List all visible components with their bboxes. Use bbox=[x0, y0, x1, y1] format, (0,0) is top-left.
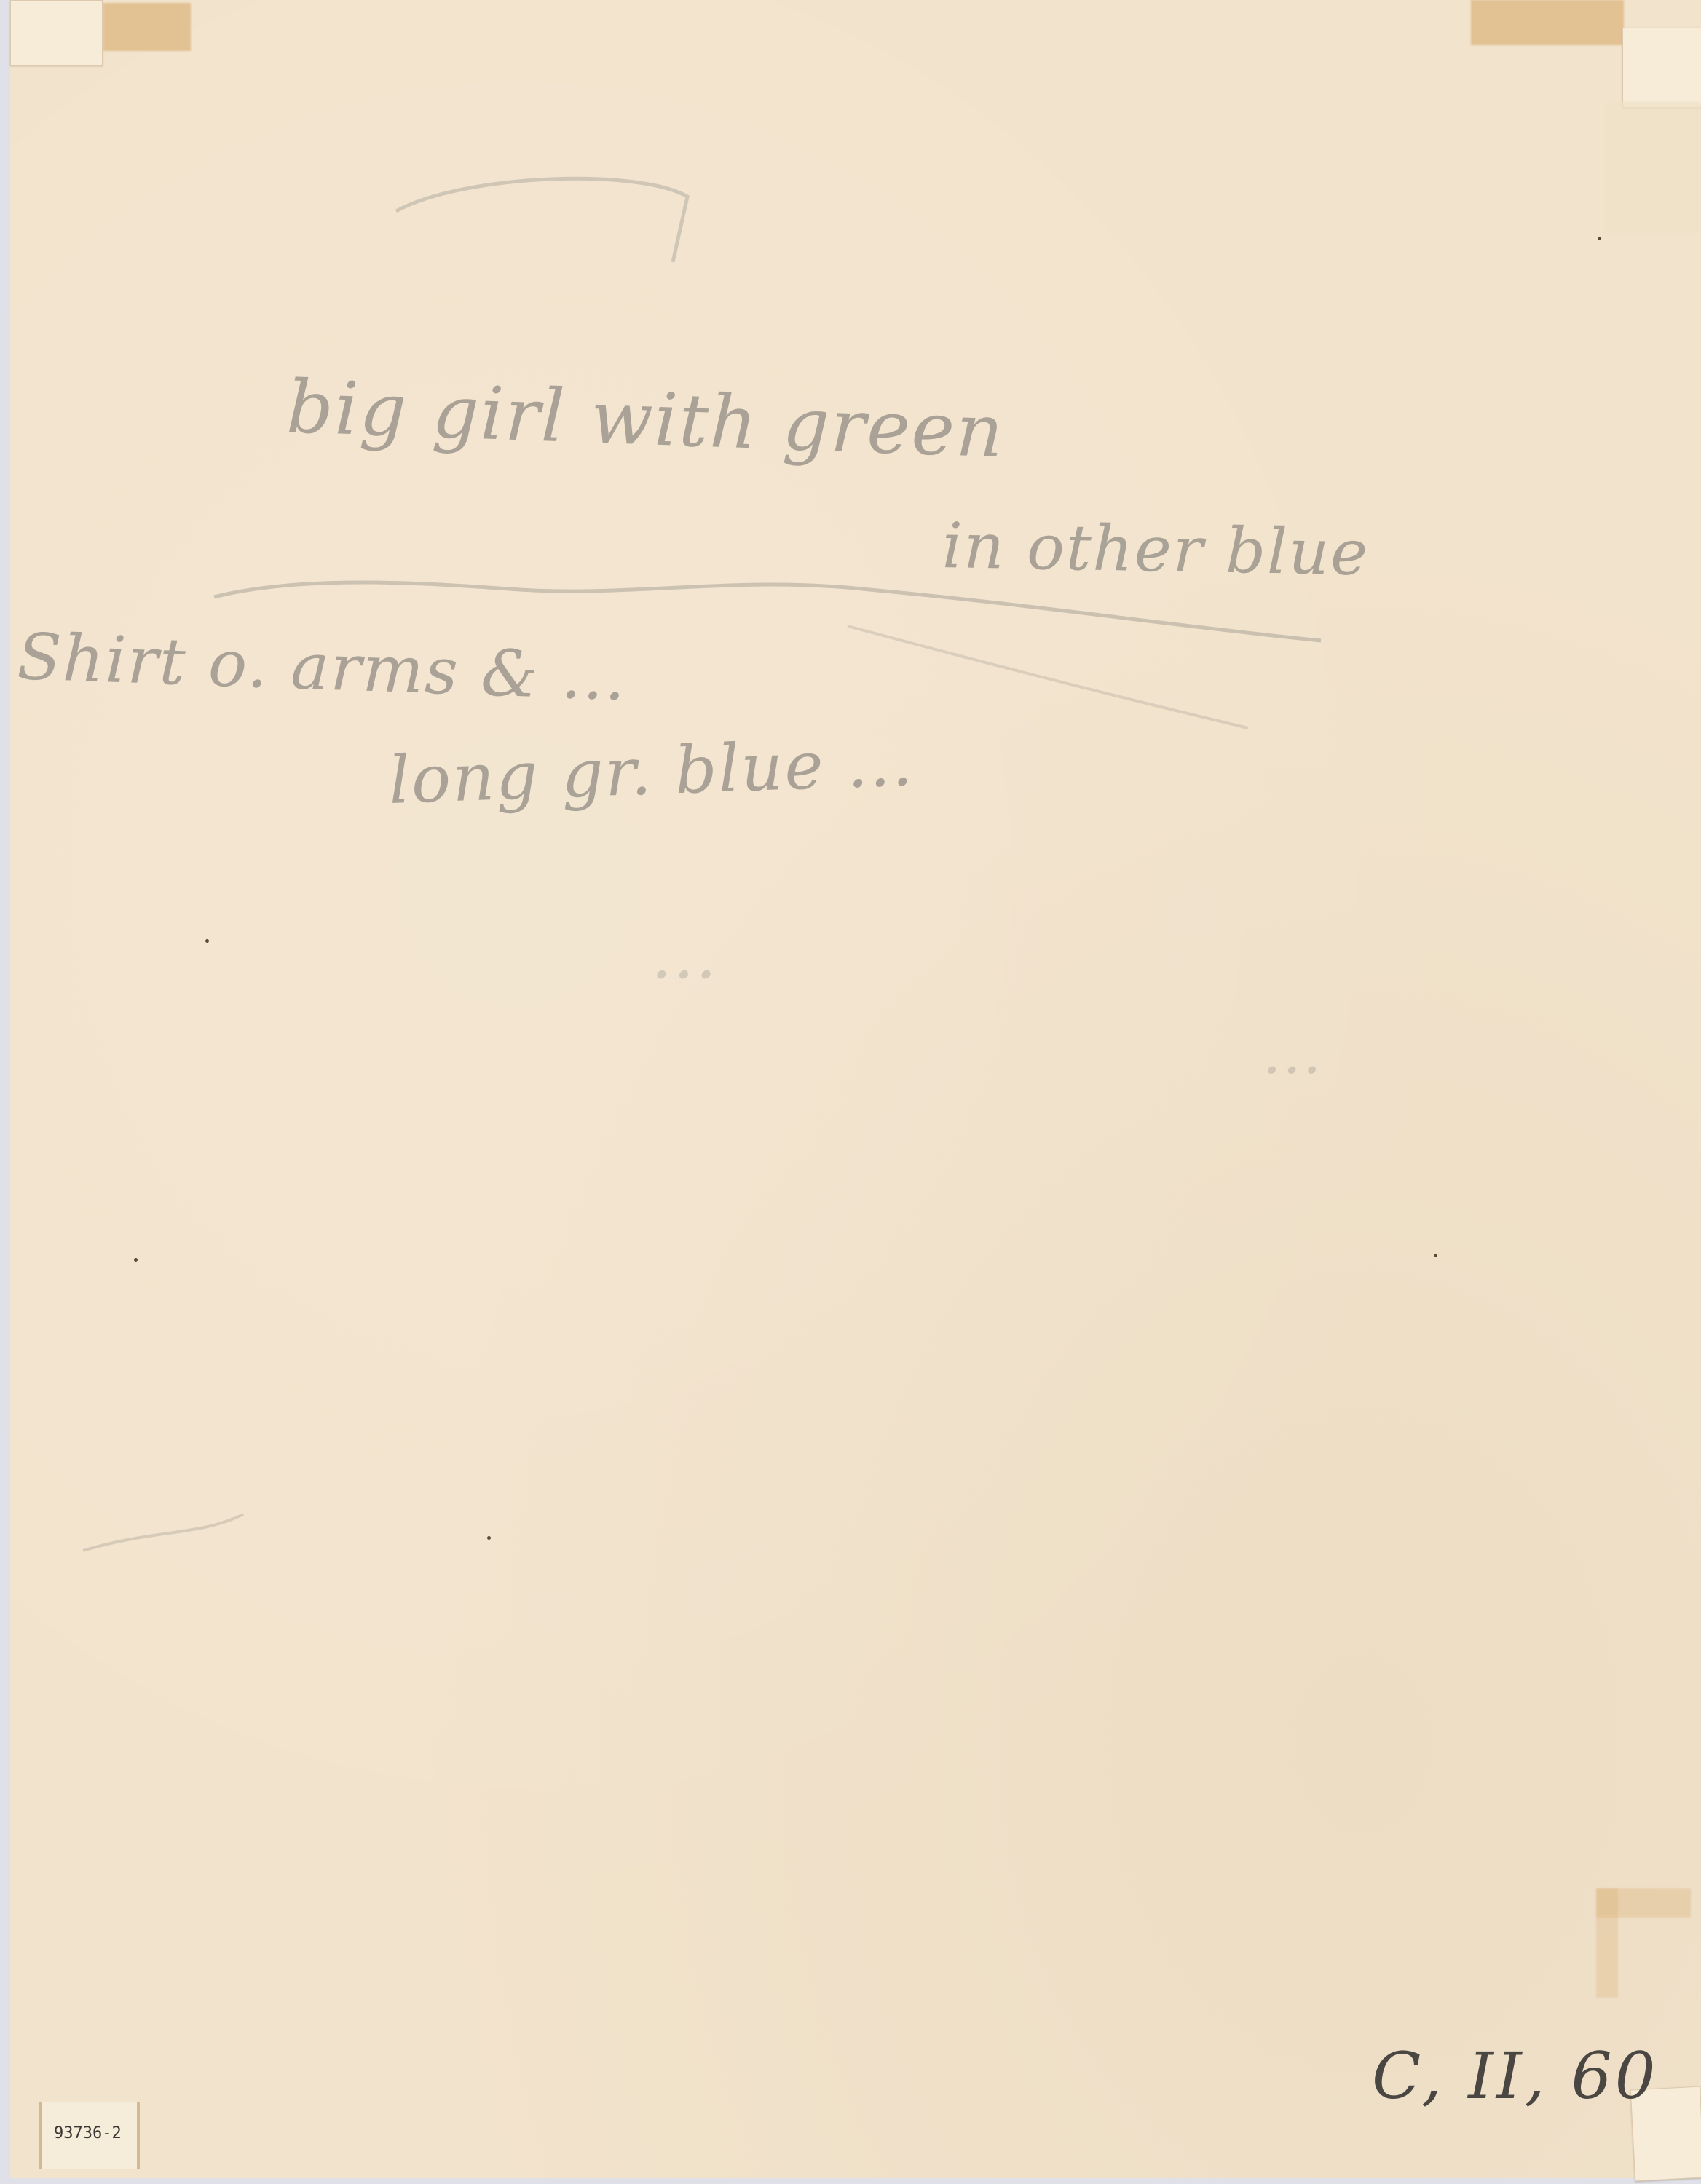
inventory-label: 93736-2 bbox=[39, 2102, 140, 2169]
catalog-number: C, II, 60 bbox=[1372, 2038, 1659, 2113]
inscription-line-6: ... bbox=[1263, 1019, 1322, 1087]
inscription-line-5: ... bbox=[651, 917, 718, 994]
speck bbox=[205, 939, 209, 943]
speck bbox=[134, 1258, 138, 1262]
speck bbox=[487, 1536, 491, 1540]
speck bbox=[1598, 237, 1601, 240]
inscription-line-2: in other blue bbox=[942, 510, 1370, 590]
pencil-sketch bbox=[10, 0, 1701, 2178]
paper-sheet: big girl with green in other blue Shirt … bbox=[10, 0, 1701, 2178]
speck bbox=[1434, 1254, 1437, 1257]
inventory-number: 93736-2 bbox=[54, 2124, 122, 2143]
